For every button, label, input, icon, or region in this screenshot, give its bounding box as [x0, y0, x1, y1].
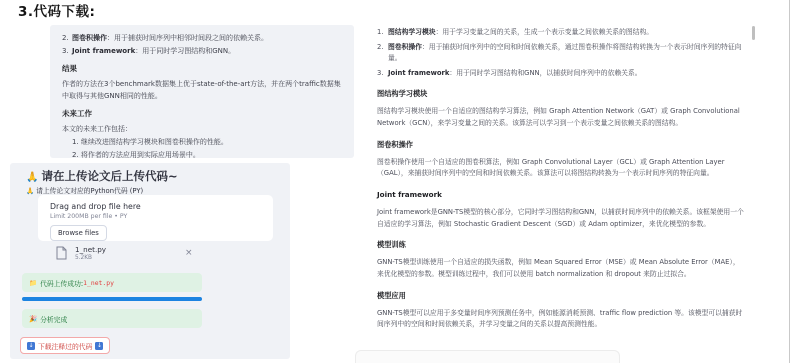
- list-text: 图卷积操作：用于捕获时间序列中的空间和时间依赖关系，通过图卷积操作将图结构转换为…: [388, 42, 745, 65]
- list-lead: 图结构学习模块: [388, 28, 436, 36]
- section-heading-future-work: 未来工作: [62, 108, 342, 120]
- doc-paragraph: 图卷积操作使用一个自适应的图卷积算法，例如 Graph Convolutiona…: [377, 157, 745, 180]
- folder-icon: 📁: [29, 279, 37, 287]
- pray-icon: 🙏: [26, 172, 38, 183]
- uploaded-file-code: 1_net.py: [83, 279, 114, 287]
- doc-heading-joint-framework: Joint framework: [377, 189, 745, 201]
- download-button-label: 下载注释过的代码: [38, 341, 92, 351]
- down-arrow-icon: ↓: [95, 342, 103, 350]
- analysis-document: 1. 图结构学习模块：用于学习变量之间的关系，生成一个表示变量之间依赖关系的图结…: [355, 0, 755, 348]
- page-title: 3.代码下载:: [18, 0, 95, 20]
- list-item: 3. Joint framework：用于同时学习图结构和GNN，以捕获时间序列…: [377, 68, 745, 80]
- list-number: 2.: [377, 42, 388, 65]
- future-item: 2. 将作者的方法应用到实际应用场景中。: [72, 150, 342, 161]
- code-upload-card: 🙏请在上传论文后上传代码~ 🙏请上传论文对应的Python代码 (PY) Dra…: [10, 163, 290, 359]
- list-lead: Joint framework: [72, 47, 135, 55]
- page: 3.代码下载: 2. 图卷积操作：用于捕获时间序列中相邻时间段之间的依赖关系。 …: [0, 0, 800, 363]
- list-text: Joint framework：用于同时学习图结构和GNN。: [72, 46, 235, 57]
- browse-files-button[interactable]: Browse files: [50, 225, 107, 241]
- result-body: 作者的方法在3个benchmark数据集上优于state-of-the-art方…: [62, 79, 342, 101]
- remove-file-icon[interactable]: ×: [185, 249, 193, 258]
- list-number: 3.: [377, 68, 388, 80]
- file-name: 1_net.py: [75, 245, 106, 254]
- dropzone-title: Drag and drop file here: [50, 202, 273, 211]
- pray-icon: 🙏: [26, 187, 34, 195]
- list-text: 图卷积操作：用于捕获时间序列中相邻时间段之间的依赖关系。: [72, 33, 268, 44]
- doc-paragraph: Joint framework是GNN-TS模型的核心部分，它同时学习图结构和G…: [377, 207, 745, 230]
- upload-label: 🙏请上传论文对应的Python代码 (PY): [26, 185, 143, 195]
- future-item: 1. 继续改进图结构学习模块和图卷积操作的性能。: [72, 137, 342, 148]
- party-icon: 🎉: [29, 315, 37, 323]
- progress-bar: [22, 297, 202, 301]
- file-document-icon: [56, 246, 67, 260]
- list-lead: 图卷积操作: [388, 43, 422, 51]
- paper-summary-card: 2. 图卷积操作：用于捕获时间序列中相邻时间段之间的依赖关系。 3. Joint…: [50, 25, 354, 158]
- section-heading-result: 结果: [62, 63, 342, 75]
- file-size: 5.2KB: [75, 255, 106, 261]
- list-lead: Joint framework: [388, 69, 449, 77]
- list-number: 2.: [62, 33, 72, 44]
- doc-paragraph: GNN-TS模型可以应用于多变量时间序列预测任务中，例如能源消耗预测、traff…: [377, 308, 745, 331]
- future-intro: 本文的未来工作包括：: [62, 124, 342, 135]
- file-dropzone[interactable]: Drag and drop file here Limit 200MB per …: [38, 195, 273, 241]
- upload-header: 🙏请在上传论文后上传代码~: [26, 168, 178, 184]
- list-number: 3.: [62, 46, 72, 57]
- doc-heading-model-training: 模型训练: [377, 239, 745, 251]
- list-number: 1.: [377, 27, 388, 39]
- partially-visible-card: [355, 350, 620, 363]
- analysis-done-alert: 🎉 分析完成: [22, 309, 202, 328]
- list-item: 2. 图卷积操作：用于捕获时间序列中的空间和时间依赖关系，通过图卷积操作将图结构…: [377, 42, 745, 65]
- down-arrow-icon: ↓: [27, 342, 35, 350]
- list-text: Joint framework：用于同时学习图结构和GNN，以捕获时间序列中的依…: [388, 68, 642, 80]
- doc-paragraph: GNN-TS模型训练使用一个自适应的损失函数，例如 Mean Squared E…: [377, 257, 745, 280]
- scrollbar-thumb[interactable]: [752, 26, 755, 40]
- doc-paragraph: 图结构学习模块使用一个自适应的图结构学习算法，例如 Graph Attentio…: [377, 106, 745, 129]
- list-item: 1. 图结构学习模块：用于学习变量之间的关系，生成一个表示变量之间依赖关系的图结…: [377, 27, 745, 39]
- list-text: 图结构学习模块：用于学习变量之间的关系，生成一个表示变量之间依赖关系的图结构。: [388, 27, 653, 39]
- list-item: 2. 图卷积操作：用于捕获时间序列中相邻时间段之间的依赖关系。: [62, 33, 342, 44]
- doc-heading-graph-structure: 图结构学习模块: [377, 88, 745, 100]
- panel-divider: [789, 0, 790, 363]
- download-annotated-code-button[interactable]: ↓ 下载注释过的代码 ↓: [20, 337, 110, 354]
- dropzone-limit: Limit 200MB per file • PY: [50, 213, 273, 220]
- list-lead: 图卷积操作: [72, 34, 107, 42]
- doc-heading-graph-conv: 图卷积操作: [377, 139, 745, 151]
- doc-heading-model-application: 模型应用: [377, 290, 745, 302]
- list-item: 3. Joint framework：用于同时学习图结构和GNN。: [62, 46, 342, 57]
- upload-success-alert: 📁 代码上传成功: 1_net.py: [22, 273, 202, 292]
